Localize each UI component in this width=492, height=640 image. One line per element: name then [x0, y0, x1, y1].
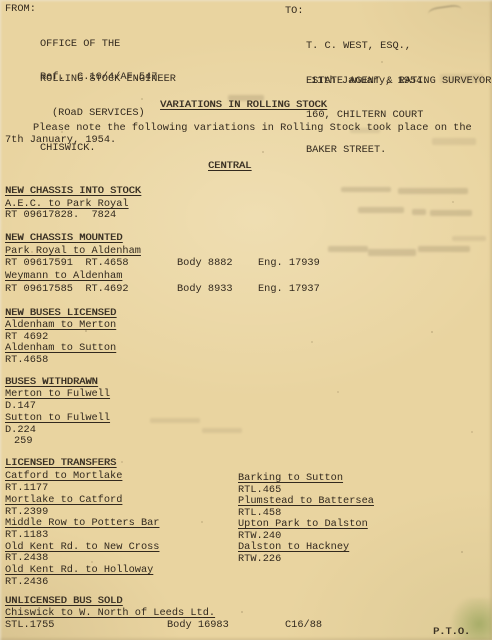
- fleet-number-line: RTW.226: [238, 554, 281, 566]
- from-label: FROM:: [5, 4, 36, 16]
- fleet-number-line: RT.4658: [5, 355, 48, 367]
- section-heading-buses-withdrawn: BUSES WITHDRAWN: [5, 377, 98, 389]
- engine-number: Eng. 17939: [258, 258, 320, 270]
- route-line: Weymann to Aldenham: [5, 271, 122, 283]
- from-address: OFFICE OF THE ROLLING STOCK ENGINEER (RO…: [40, 16, 176, 177]
- chassis-numbers: RT 09617591 RT.4658: [5, 258, 129, 270]
- section-heading-new-chassis-into-stock: NEW CHASSIS INTO STOCK: [5, 186, 141, 198]
- bleed-mark: [328, 246, 368, 252]
- body-number: Body 8882: [177, 258, 233, 270]
- route-line: Chiswick to W. North of Leeds Ltd.: [5, 608, 215, 620]
- fleet-number-line: RT.1177: [5, 483, 48, 495]
- bleed-mark: [412, 209, 426, 215]
- fleet-number-line: RT 09617828. 7824: [5, 210, 116, 222]
- doc-title: VARIATIONS IN ROLLING STOCK: [160, 100, 327, 112]
- engine-number: Eng. 17937: [258, 284, 320, 296]
- to-address-line: T. C. WEST, ESQ.,: [306, 41, 491, 53]
- route-line: Aldenham to Sutton: [5, 343, 116, 355]
- fleet-number-line: D.147: [5, 401, 36, 413]
- route-line: Park Royal to Aldenham: [5, 246, 141, 258]
- fleet-number-line: RT.2436: [5, 577, 48, 589]
- section-heading-unlicensed-bus-sold: UNLICENSED BUS SOLD: [5, 596, 122, 608]
- route-line: Mortlake to Catford: [5, 495, 122, 507]
- section-heading-licensed-transfers: LICENSED TRANSFERS: [5, 458, 116, 470]
- intro-line: Please note the following variations in …: [33, 123, 472, 135]
- route-line: Plumstead to Battersea: [238, 496, 374, 508]
- route-line: Upton Park to Dalston: [238, 519, 368, 531]
- section-heading-new-buses-licensed: NEW BUSES LICENSED: [5, 308, 116, 320]
- region-heading: CENTRAL: [208, 161, 251, 173]
- bleed-mark: [418, 246, 470, 252]
- from-address-line: OFFICE OF THE: [40, 39, 176, 51]
- route-line: Catford to Mortlake: [5, 471, 122, 483]
- to-address: T. C. WEST, ESQ., ESTATE AGENT & RATING …: [306, 18, 491, 179]
- fleet-number-line: RT.1183: [5, 530, 48, 542]
- date: 11th January, 1954.: [311, 76, 428, 88]
- bleed-mark: [430, 210, 472, 216]
- route-line: Aldenham to Merton: [5, 320, 116, 332]
- bleed-mark: [341, 187, 391, 192]
- bleed-mark: [452, 236, 486, 241]
- to-address-line: 160, CHILTERN COURT: [306, 110, 491, 122]
- intro-line: 7th January, 1954.: [5, 135, 116, 147]
- paper-speckles: [0, 0, 2, 2]
- fleet-number-line: RT.2438: [5, 553, 48, 565]
- route-line: Old Kent Rd. to Holloway: [5, 565, 153, 577]
- bleed-mark: [358, 207, 404, 213]
- to-address-line: BAKER STREET.: [306, 145, 491, 157]
- disposal-code: C16/88: [285, 620, 322, 632]
- route-line: Middle Row to Potters Bar: [5, 518, 159, 530]
- bleed-mark: [368, 249, 416, 256]
- document-page: FROM: OFFICE OF THE ROLLING STOCK ENGINE…: [0, 0, 492, 640]
- route-line: Dalston to Hackney: [238, 542, 349, 554]
- fleet-number-line: STL.1755: [5, 620, 54, 632]
- route-line: Barking to Sutton: [238, 473, 343, 485]
- bleed-mark: [150, 418, 200, 423]
- chassis-numbers: RT 09617585 RT.4692: [5, 284, 129, 296]
- body-number: Body 8933: [177, 284, 233, 296]
- from-address-line: (ROaD SERVICES): [40, 108, 176, 120]
- route-line: Sutton to Fulwell: [5, 413, 110, 425]
- pto-note: P.T.O.: [433, 627, 470, 639]
- fleet-number-line: 259: [14, 436, 33, 448]
- bleed-mark: [202, 428, 242, 433]
- route-line: Merton to Fulwell: [5, 389, 110, 401]
- body-number: Body 16983: [167, 620, 229, 632]
- ref-number: Ref. C.16/4/AF.547: [40, 72, 157, 84]
- bleed-mark: [398, 188, 468, 194]
- to-label: TO:: [285, 6, 304, 18]
- section-heading-new-chassis-mounted: NEW CHASSIS MOUNTED: [5, 233, 122, 245]
